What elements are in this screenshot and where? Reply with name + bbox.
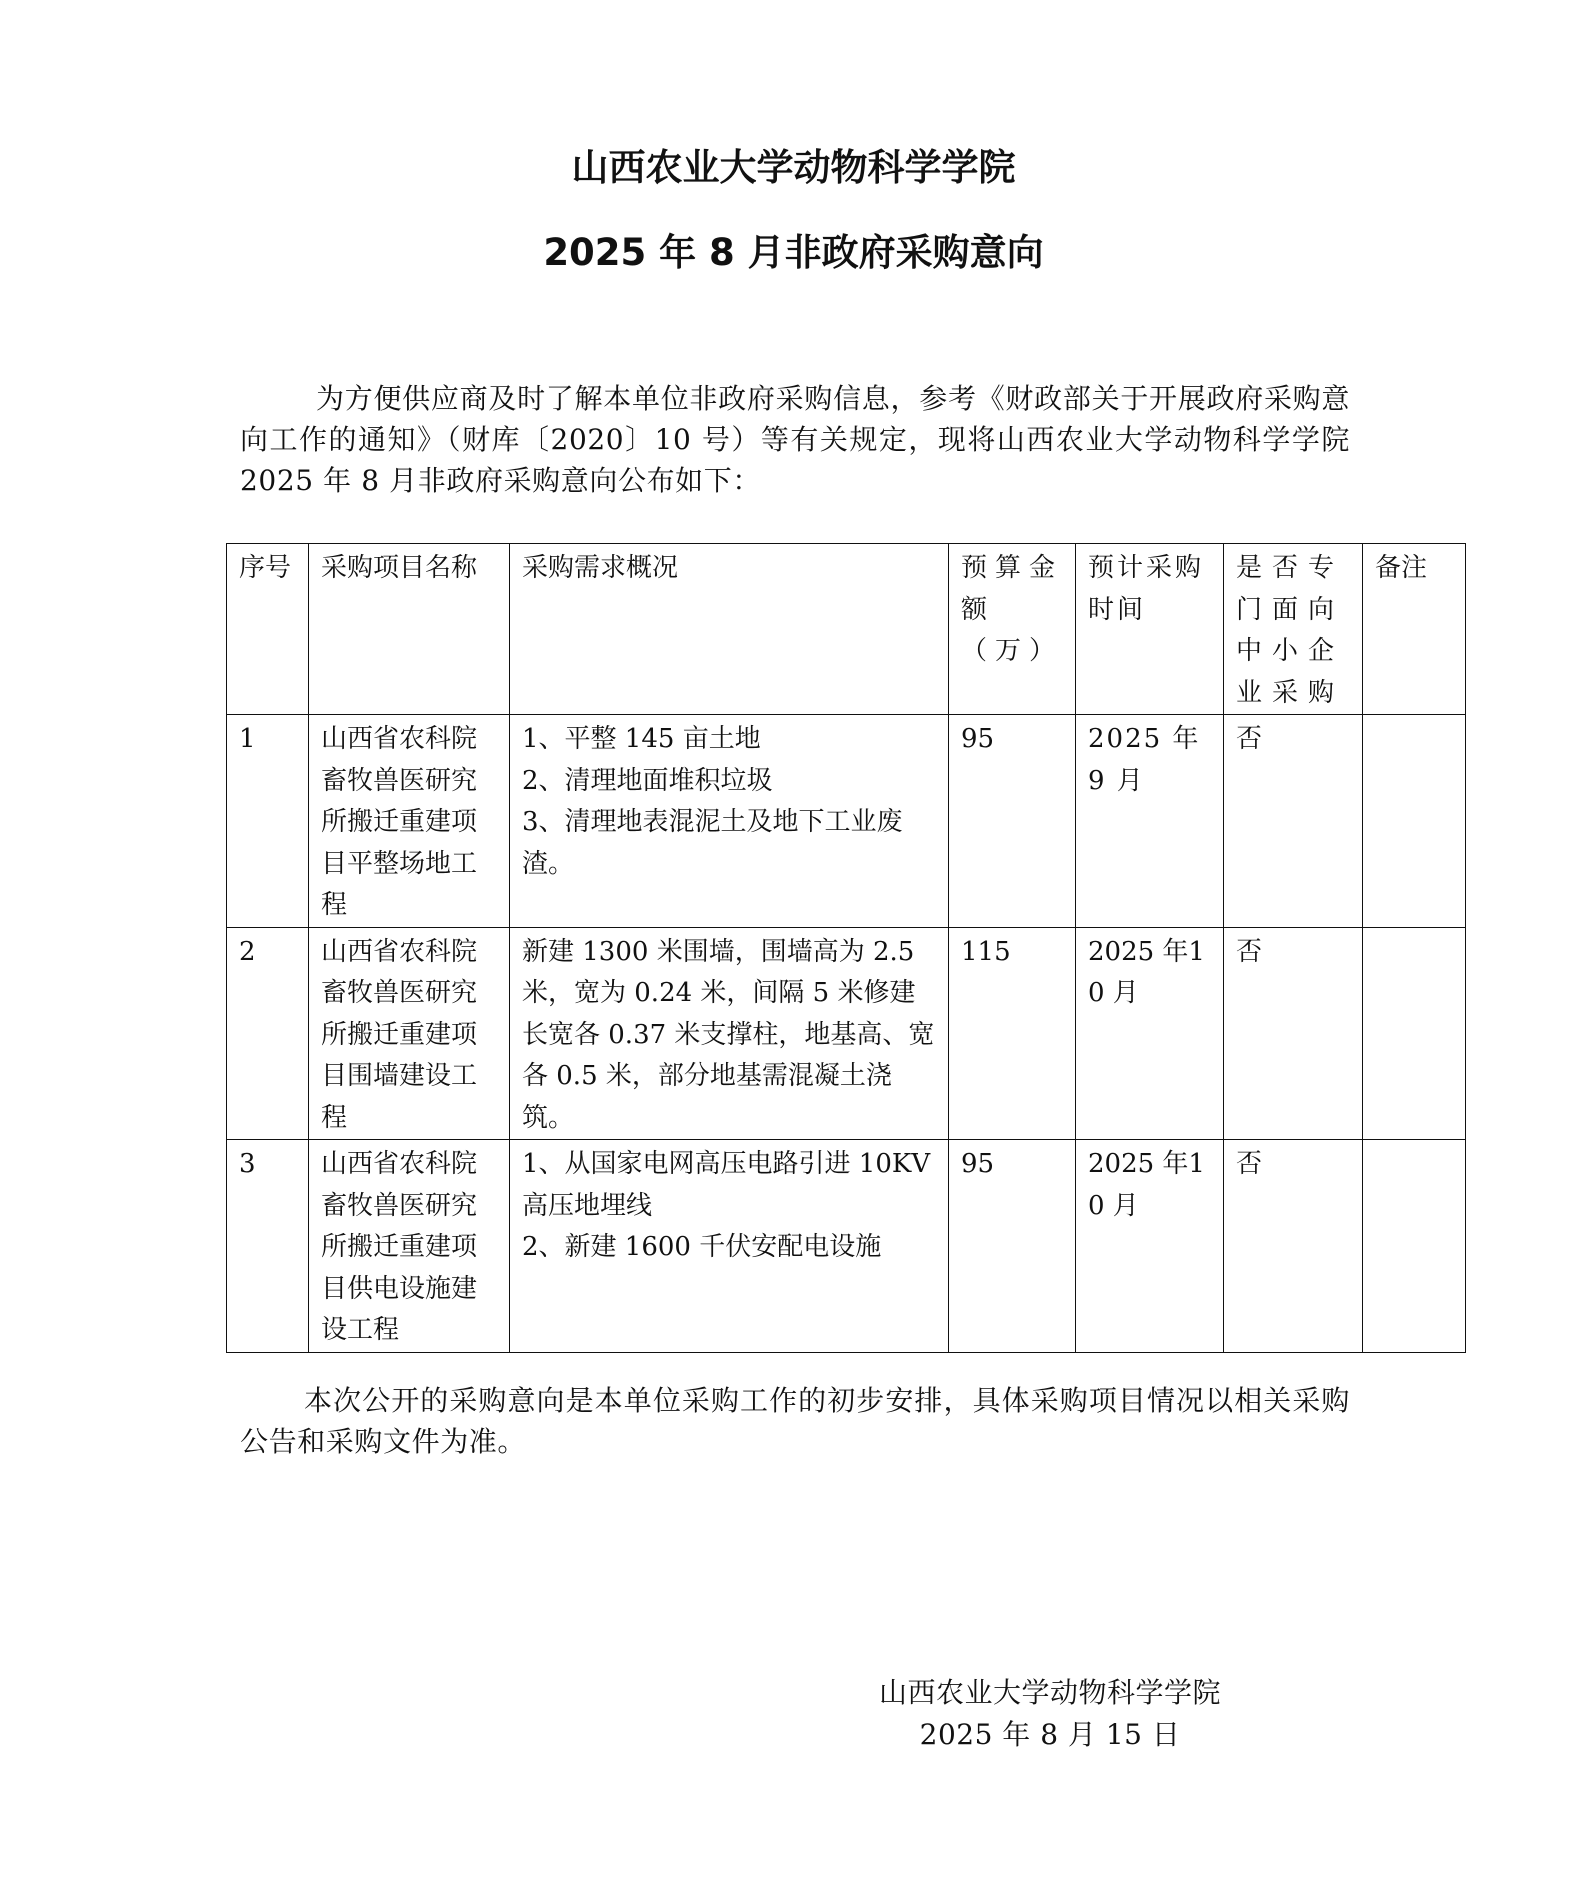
cell-seq: 3 <box>227 1140 309 1353</box>
cell-sme-only: 否 <box>1224 715 1363 928</box>
header-budget: 预算金额（万） <box>949 544 1076 715</box>
cell-remarks <box>1363 1140 1466 1353</box>
requirement-line: 1、从国家电网高压电路引进 10KV 高压地埋线 <box>522 1144 938 1227</box>
cell-seq: 1 <box>227 715 309 928</box>
document-subtitle: 2025 年 8 月非政府采购意向 <box>0 231 1587 275</box>
cell-budget: 95 <box>949 1140 1076 1353</box>
table-row: 2 山西省农科院畜牧兽医研究所搬迁重建项目围墙建设工程 新建 1300 米围墙，… <box>227 927 1466 1140</box>
cell-planned-time: 2025 年10 月 <box>1076 1140 1224 1353</box>
cell-requirements: 1、从国家电网高压电路引进 10KV 高压地埋线 2、新建 1600 千伏安配电… <box>510 1140 949 1353</box>
header-remarks: 备注 <box>1363 544 1466 715</box>
requirement-line: 新建 1300 米围墙，围墙高为 2.5 米，宽为 0.24 米，间隔 5 米修… <box>522 932 938 1140</box>
signature-organization: 山西农业大学动物科学学院 <box>830 1672 1270 1714</box>
requirement-line: 2、清理地面堆积垃圾 <box>522 761 938 803</box>
cell-planned-time: 2025 年10 月 <box>1076 927 1224 1140</box>
procurement-table: 序号 采购项目名称 采购需求概况 预算金额（万） 预计采购时间 是否专门面向中小… <box>226 543 1466 1353</box>
requirement-line: 1、平整 145 亩土地 <box>522 719 938 761</box>
closing-paragraph: 本次公开的采购意向是本单位采购工作的初步安排，具体采购项目情况以相关采购公告和采… <box>240 1380 1350 1462</box>
table-row: 1 山西省农科院畜牧兽医研究所搬迁重建项目平整场地工程 1、平整 145 亩土地… <box>227 715 1466 928</box>
intro-paragraph: 为方便供应商及时了解本单位非政府采购信息，参考《财政部关于开展政府采购意向工作的… <box>240 378 1350 501</box>
table-header-row: 序号 采购项目名称 采购需求概况 预算金额（万） 预计采购时间 是否专门面向中小… <box>227 544 1466 715</box>
cell-project-name: 山西省农科院畜牧兽医研究所搬迁重建项目供电设施建设工程 <box>309 1140 510 1353</box>
requirement-line: 3、清理地表混泥土及地下工业废渣。 <box>522 802 938 885</box>
header-project-name: 采购项目名称 <box>309 544 510 715</box>
signature-date: 2025 年 8 月 15 日 <box>830 1714 1270 1756</box>
requirement-line: 2、新建 1600 千伏安配电设施 <box>522 1227 938 1269</box>
header-seq: 序号 <box>227 544 309 715</box>
cell-remarks <box>1363 927 1466 1140</box>
cell-requirements: 新建 1300 米围墙，围墙高为 2.5 米，宽为 0.24 米，间隔 5 米修… <box>510 927 949 1140</box>
cell-project-name: 山西省农科院畜牧兽医研究所搬迁重建项目围墙建设工程 <box>309 927 510 1140</box>
cell-budget: 115 <box>949 927 1076 1140</box>
cell-planned-time: 2025 年 9 月 <box>1076 715 1224 928</box>
cell-requirements: 1、平整 145 亩土地 2、清理地面堆积垃圾 3、清理地表混泥土及地下工业废渣… <box>510 715 949 928</box>
cell-remarks <box>1363 715 1466 928</box>
table-row: 3 山西省农科院畜牧兽医研究所搬迁重建项目供电设施建设工程 1、从国家电网高压电… <box>227 1140 1466 1353</box>
cell-sme-only: 否 <box>1224 927 1363 1140</box>
cell-seq: 2 <box>227 927 309 1140</box>
header-sme-only: 是否专门面向中小企业采购 <box>1224 544 1363 715</box>
header-planned-time: 预计采购时间 <box>1076 544 1224 715</box>
cell-sme-only: 否 <box>1224 1140 1363 1353</box>
cell-project-name: 山西省农科院畜牧兽医研究所搬迁重建项目平整场地工程 <box>309 715 510 928</box>
cell-budget: 95 <box>949 715 1076 928</box>
header-requirements: 采购需求概况 <box>510 544 949 715</box>
document-title: 山西农业大学动物科学学院 <box>0 146 1587 190</box>
